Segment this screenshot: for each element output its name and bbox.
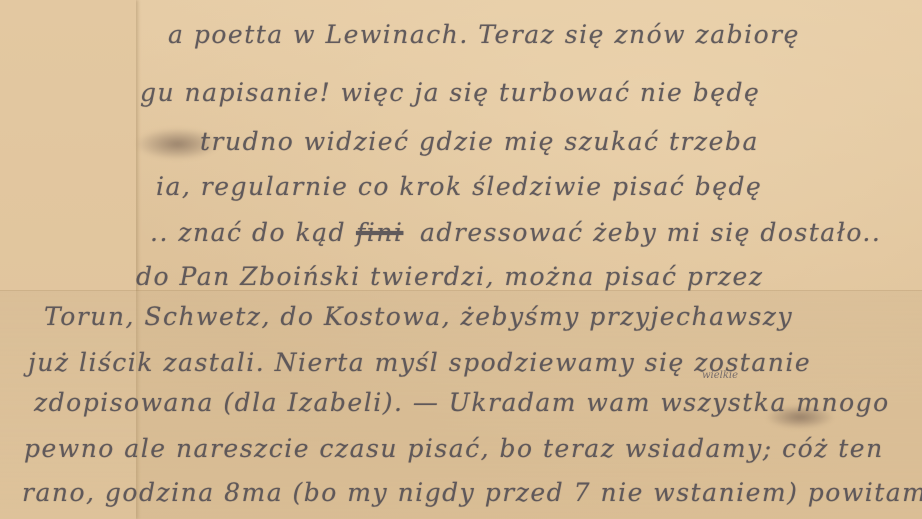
manuscript-line-5b: adressować żeby mi się dostało..	[420, 218, 881, 247]
manuscript-page: a poetta w Lewinach. Teraz się znów zabi…	[0, 0, 922, 519]
manuscript-line-6: do Pan Zboiński twierdzi, można pisać pr…	[136, 262, 764, 291]
manuscript-line-9: zdopisowana (dla Izabeli). — Ukradam wam…	[34, 388, 890, 417]
interlinear-insertion: wielkie	[702, 370, 738, 381]
manuscript-line-3: trudno widzieć gdzie mię szukać trzeba	[200, 127, 759, 156]
manuscript-line-11: rano, godzina 8ma (bo my nigdy przed 7 n…	[22, 478, 922, 507]
manuscript-line-2: gu napisanie! więc ja się turbować nie b…	[140, 78, 760, 107]
manuscript-line-4: ia, regularnie co krok śledziwie pisać b…	[156, 172, 762, 201]
manuscript-line-7: Torun, Schwetz, do Kostowa, żebyśmy przy…	[44, 302, 793, 331]
manuscript-line-10: pewno ale nareszcie czasu pisać, bo tera…	[24, 434, 884, 463]
manuscript-line-5a: .. znać do kąd	[150, 218, 346, 247]
manuscript-line-8: już liścik zastali. Nierta myśl spodziew…	[28, 348, 811, 377]
struck-word: fini	[356, 218, 403, 247]
manuscript-line-1: a poetta w Lewinach. Teraz się znów zabi…	[168, 20, 800, 49]
